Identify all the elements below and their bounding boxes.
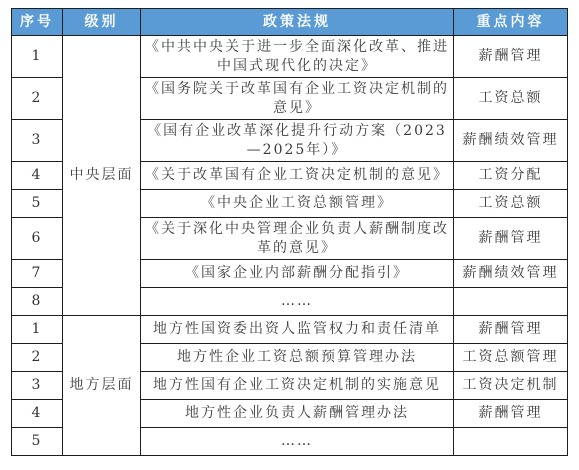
row-index: 5 xyxy=(12,428,63,456)
header-policy: 政策法规 xyxy=(141,9,454,36)
row-focus: 薪酬管理 xyxy=(454,36,568,78)
row-policy: 地方性企业负责人薪酬管理办法 xyxy=(141,400,454,428)
policy-table: 序号 级别 政策法规 重点内容 1 中央层面 《中共中央关于进一步全面深化改革、… xyxy=(11,8,568,456)
row-focus: 工资总额管理 xyxy=(454,344,568,372)
row-index: 2 xyxy=(12,78,63,120)
row-focus: 工资总额 xyxy=(454,190,568,218)
row-index: 4 xyxy=(12,400,63,428)
row-index: 3 xyxy=(12,372,63,400)
row-focus xyxy=(454,288,568,316)
row-focus: 薪酬管理 xyxy=(454,400,568,428)
row-focus: 工资分配 xyxy=(454,162,568,190)
row-policy: …… xyxy=(141,428,454,456)
row-index: 8 xyxy=(12,288,63,316)
table-header-row: 序号 级别 政策法规 重点内容 xyxy=(12,9,568,36)
row-policy: 地方性企业工资总额预算管理办法 xyxy=(141,344,454,372)
row-index: 3 xyxy=(12,120,63,162)
row-index: 1 xyxy=(12,36,63,78)
row-index: 5 xyxy=(12,190,63,218)
header-focus: 重点内容 xyxy=(454,9,568,36)
row-policy: 《中共中央关于进一步全面深化改革、推进中国式现代化的决定》 xyxy=(141,36,454,78)
table-row: 1 地方层面 地方性国资委出资人监管权力和责任清单 薪酬管理 xyxy=(12,316,568,344)
policy-table-container: 序号 级别 政策法规 重点内容 1 中央层面 《中共中央关于进一步全面深化改革、… xyxy=(11,8,568,456)
row-index: 2 xyxy=(12,344,63,372)
row-policy: 《关于改革国有企业工资决定机制的意见》 xyxy=(141,162,454,190)
row-policy: 《关于深化中央管理企业负责人薪酬制度改革的意见》 xyxy=(141,218,454,260)
row-policy: 地方性国资委出资人监管权力和责任清单 xyxy=(141,316,454,344)
row-focus xyxy=(454,428,568,456)
row-policy: 《国务院关于改革国有企业工资决定机制的意见》 xyxy=(141,78,454,120)
row-index: 1 xyxy=(12,316,63,344)
row-index: 4 xyxy=(12,162,63,190)
row-policy: 《国有企业改革深化提升行动方案（2023—2025年）》 xyxy=(141,120,454,162)
row-focus: 工资决定机制 xyxy=(454,372,568,400)
level-central: 中央层面 xyxy=(63,36,141,316)
row-policy: 《国家企业内部薪酬分配指引》 xyxy=(141,260,454,288)
row-index: 7 xyxy=(12,260,63,288)
row-policy: 地方性国有企业工资决定机制的实施意见 xyxy=(141,372,454,400)
row-focus: 薪酬管理 xyxy=(454,316,568,344)
row-policy: 《中央企业工资总额管理》 xyxy=(141,190,454,218)
header-level: 级别 xyxy=(63,9,141,36)
level-local: 地方层面 xyxy=(63,316,141,456)
row-focus: 薪酬绩效管理 xyxy=(454,120,568,162)
row-focus: 薪酬绩效管理 xyxy=(454,260,568,288)
row-policy: …… xyxy=(141,288,454,316)
row-index: 6 xyxy=(12,218,63,260)
row-focus: 薪酬管理 xyxy=(454,218,568,260)
table-row: 1 中央层面 《中共中央关于进一步全面深化改革、推进中国式现代化的决定》 薪酬管… xyxy=(12,36,568,78)
header-index: 序号 xyxy=(12,9,63,36)
row-focus: 工资总额 xyxy=(454,78,568,120)
